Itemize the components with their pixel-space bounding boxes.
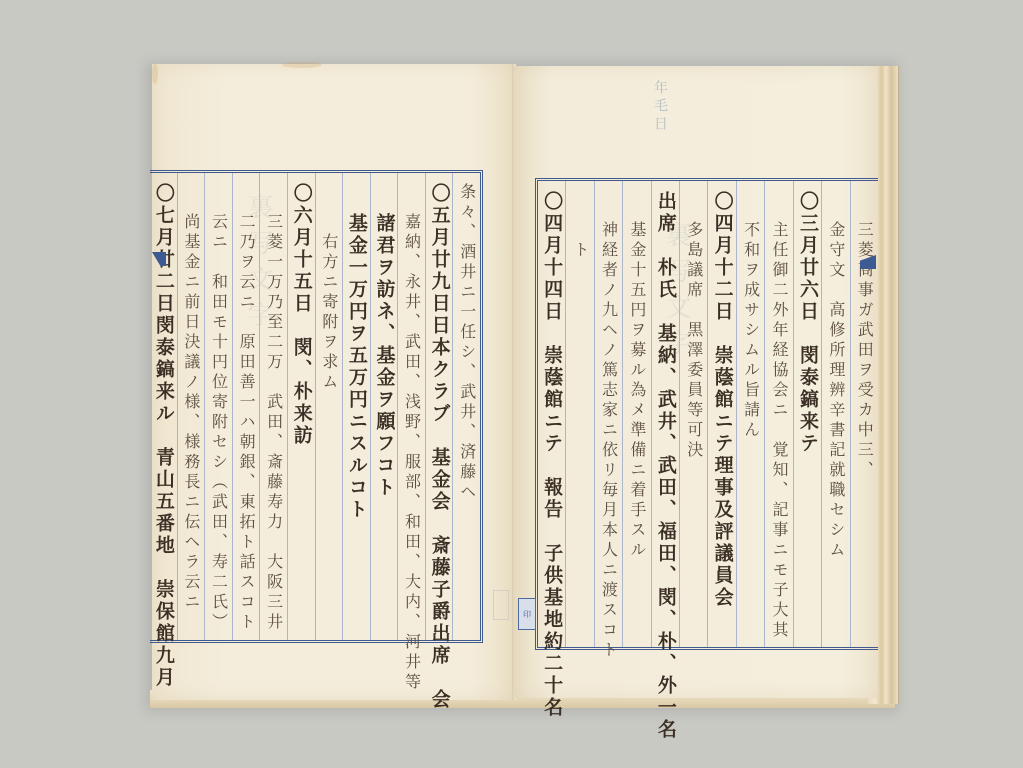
right-page-ruled-frame: 裏写文字 三菱商事ガ武田ヲ受カ中三、 金守文 高修所理辨辛書記就職セシム 〇三月…	[535, 178, 878, 650]
left-col-10: 云ニ 和田モ十円位寄附セシ（武田、寿二氏）	[204, 173, 232, 640]
right-col-10: 神経者ノ九ヘノ篤志家ニ依リ毎月本人ニ渡スコト	[594, 181, 622, 647]
left-col-1: 条々、酒井ニ一任シ、武井、済藤ヘ	[452, 173, 480, 640]
handwritten-line: 条々、酒井ニ一任シ、武井、済藤ヘ	[459, 183, 475, 503]
handwritten-line: 基金一万円ヲ五万円ニスルコト	[347, 213, 366, 521]
right-col-6: 〇四月十二日 崇蔭館ニテ理事及評議員会	[707, 181, 735, 647]
left-col-3: 嘉納、永井、武田、浅野、服部、和田、大内、河井等	[397, 173, 425, 640]
right-col-8: 出席 朴氏 基納、武井、武田、福田、閔、朴、外一名	[651, 181, 679, 647]
handwritten-line: 多島議席 黒澤委員等可決	[686, 221, 702, 461]
faded-seal-mark	[493, 590, 509, 620]
left-col-11: 尚基金ニ前日決議ノ様、様務長ニ伝ヘラ云ニ	[177, 173, 205, 640]
handwritten-line: 主任御二外年経協会ニ 覚知、記事ニモ子大其	[771, 221, 787, 641]
left-page-ruled-frame: 裏写文字 条々、酒井ニ一任シ、武井、済藤ヘ 〇五月廿九日日本クラブ 基金会 斎藤…	[150, 170, 483, 643]
left-col-8: 三菱一万乃至二万 武田、斎藤寿力 大阪三井	[259, 173, 287, 640]
handwritten-line: 〇三月廿六日 閔泰鎬来テ	[798, 191, 817, 455]
right-col-5: 不和ヲ成サシムル旨請ん	[736, 181, 764, 647]
handwritten-line: 右方ニ寄附ヲ求ム	[321, 233, 337, 393]
handwritten-line: 三菱一万乃至二万 武田、斎藤寿力 大阪三井	[266, 213, 282, 633]
handwritten-line: 二乃ヲ云ニ 原田善一ハ朝銀、東拓ト話スコト	[238, 213, 254, 633]
right-page-margin-note: 年毛日	[650, 80, 670, 134]
right-col-3: 〇三月廿六日 閔泰鎬来テ	[793, 181, 821, 647]
left-col-4: 諸君ヲ訪ネ、基金ヲ願フコト	[370, 173, 398, 640]
left-col-12: 〇七月廿二日閔泰鎬来ル 青山五番地 崇保館九月	[150, 173, 177, 640]
handwritten-line: 諸君ヲ訪ネ、基金ヲ願フコト	[374, 213, 393, 499]
handwritten-line: 尚基金ニ前日決議ノ様、様務長ニ伝ヘラ云ニ	[183, 213, 199, 613]
right-col-12: 〇四月十四日 崇蔭館ニテ 報告 子供基地約二十名	[538, 181, 565, 647]
right-col-9: 基金十五円ヲ募ル為メ準備ニ着手スル	[622, 181, 650, 647]
handwritten-line: 不和ヲ成サシムル旨請ん	[743, 221, 759, 441]
left-page-columns: 条々、酒井ニ一任シ、武井、済藤ヘ 〇五月廿九日日本クラブ 基金会 斎藤子爵出席 …	[150, 173, 480, 640]
handwritten-line: 〇五月廿九日日本クラブ 基金会 斎藤子爵出席 会	[430, 183, 449, 711]
handwritten-line: 基金十五円ヲ募ル為メ準備ニ着手スル	[629, 221, 645, 561]
left-col-9: 二乃ヲ云ニ 原田善一ハ朝銀、東拓ト話スコト	[232, 173, 260, 640]
handwritten-line: 〇六月十五日 閔、朴来訪	[292, 183, 311, 447]
left-col-6: 右方ニ寄附ヲ求ム	[315, 173, 343, 640]
right-page-columns: 三菱商事ガ武田ヲ受カ中三、 金守文 高修所理辨辛書記就職セシム 〇三月廿六日 閔…	[538, 181, 878, 647]
foxing-stain	[152, 64, 158, 84]
book-photo: 年毛日 裏写文字 条々、酒井ニ一任シ、武井、済藤ヘ 〇五月廿九日日本クラブ 基金…	[0, 0, 1023, 768]
handwritten-line: 嘉納、永井、武田、浅野、服部、和田、大内、河井等	[404, 213, 420, 693]
left-col-2: 〇五月廿九日日本クラブ 基金会 斎藤子爵出席 会	[425, 173, 453, 640]
handwritten-line: 〇四月十二日 崇蔭館ニテ理事及評議員会	[713, 191, 732, 609]
right-col-7: 多島議席 黒澤委員等可決	[679, 181, 707, 647]
handwritten-line: 出席 朴氏 基納、武井、武田、福田、閔、朴、外一名	[656, 191, 675, 741]
handwritten-line: 〇四月十四日 崇蔭館ニテ 報告 子供基地約二十名	[542, 191, 561, 719]
right-col-1: 三菱商事ガ武田ヲ受カ中三、	[850, 181, 878, 647]
left-col-7: 〇六月十五日 閔、朴来訪	[287, 173, 315, 640]
left-col-5: 基金一万円ヲ五万円ニスルコト	[342, 173, 370, 640]
blue-seal-stamp: 印	[518, 598, 536, 630]
foxing-stain	[282, 62, 322, 68]
handwritten-line: ト	[572, 241, 588, 261]
handwritten-line: 云ニ 和田モ十円位寄附セシ（武田、寿二氏）	[211, 213, 227, 633]
handwritten-line: 金守文 高修所理辨辛書記就職セシム	[828, 221, 844, 561]
right-col-4: 主任御二外年経協会ニ 覚知、記事ニモ子大其	[764, 181, 792, 647]
right-col-11: ト	[565, 181, 593, 647]
handwritten-line: 神経者ノ九ヘノ篤志家ニ依リ毎月本人ニ渡スコト	[600, 221, 616, 661]
right-col-2: 金守文 高修所理辨辛書記就職セシム	[821, 181, 849, 647]
